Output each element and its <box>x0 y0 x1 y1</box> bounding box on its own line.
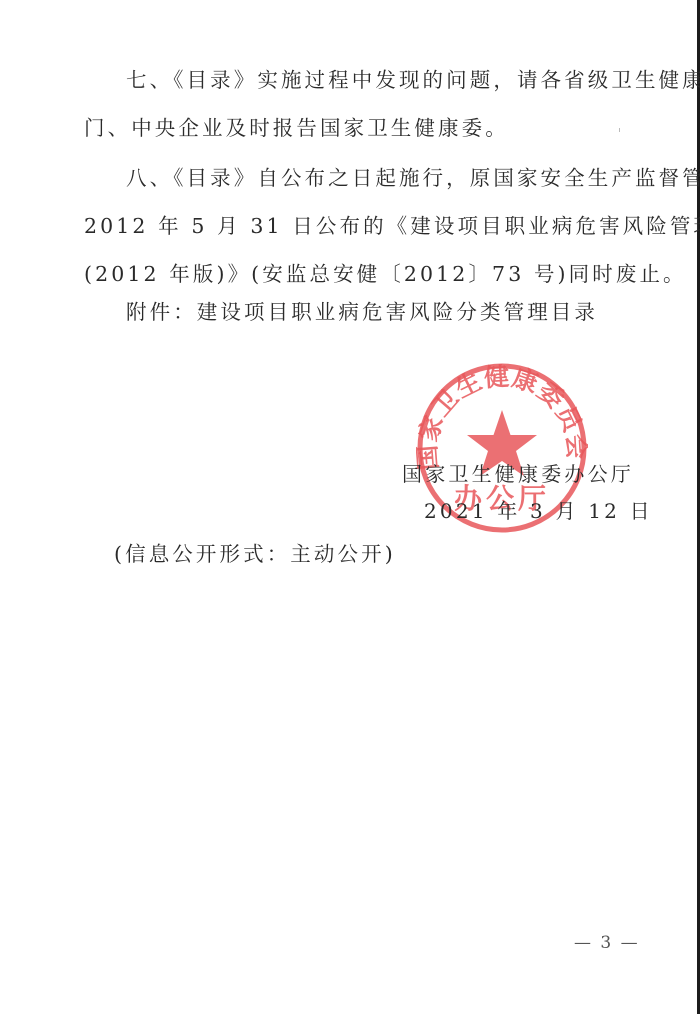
page-number: — 3 — <box>574 933 640 953</box>
para-8-line-2: 2012 年 5 月 31 日公布的《建设项目职业病危害风险管理目录 <box>84 212 700 240</box>
para-7-line-2: 门、中央企业及时报告国家卫生健康委。 <box>84 114 509 142</box>
attachment-line: 附件：建设项目职业病危害风险分类管理目录 <box>126 298 598 326</box>
para-7-line-1: 七、《目录》实施过程中发现的问题，请各省级卫生健康行政部 <box>126 66 700 94</box>
para-8-line-3: (2012 年版)》(安监总安健〔2012〕73 号)同时废止。 <box>84 260 687 288</box>
scan-speck <box>619 128 620 132</box>
issuer-name: 国家卫生健康委办公厅 <box>402 460 634 488</box>
disclosure-note: (信息公开形式：主动公开) <box>114 540 396 568</box>
issue-date: 2021 年 3 月 12 日 <box>424 497 653 525</box>
para-8-line-1: 八、《目录》自公布之日起施行，原国家安全生产监督管理总局 <box>126 164 700 192</box>
